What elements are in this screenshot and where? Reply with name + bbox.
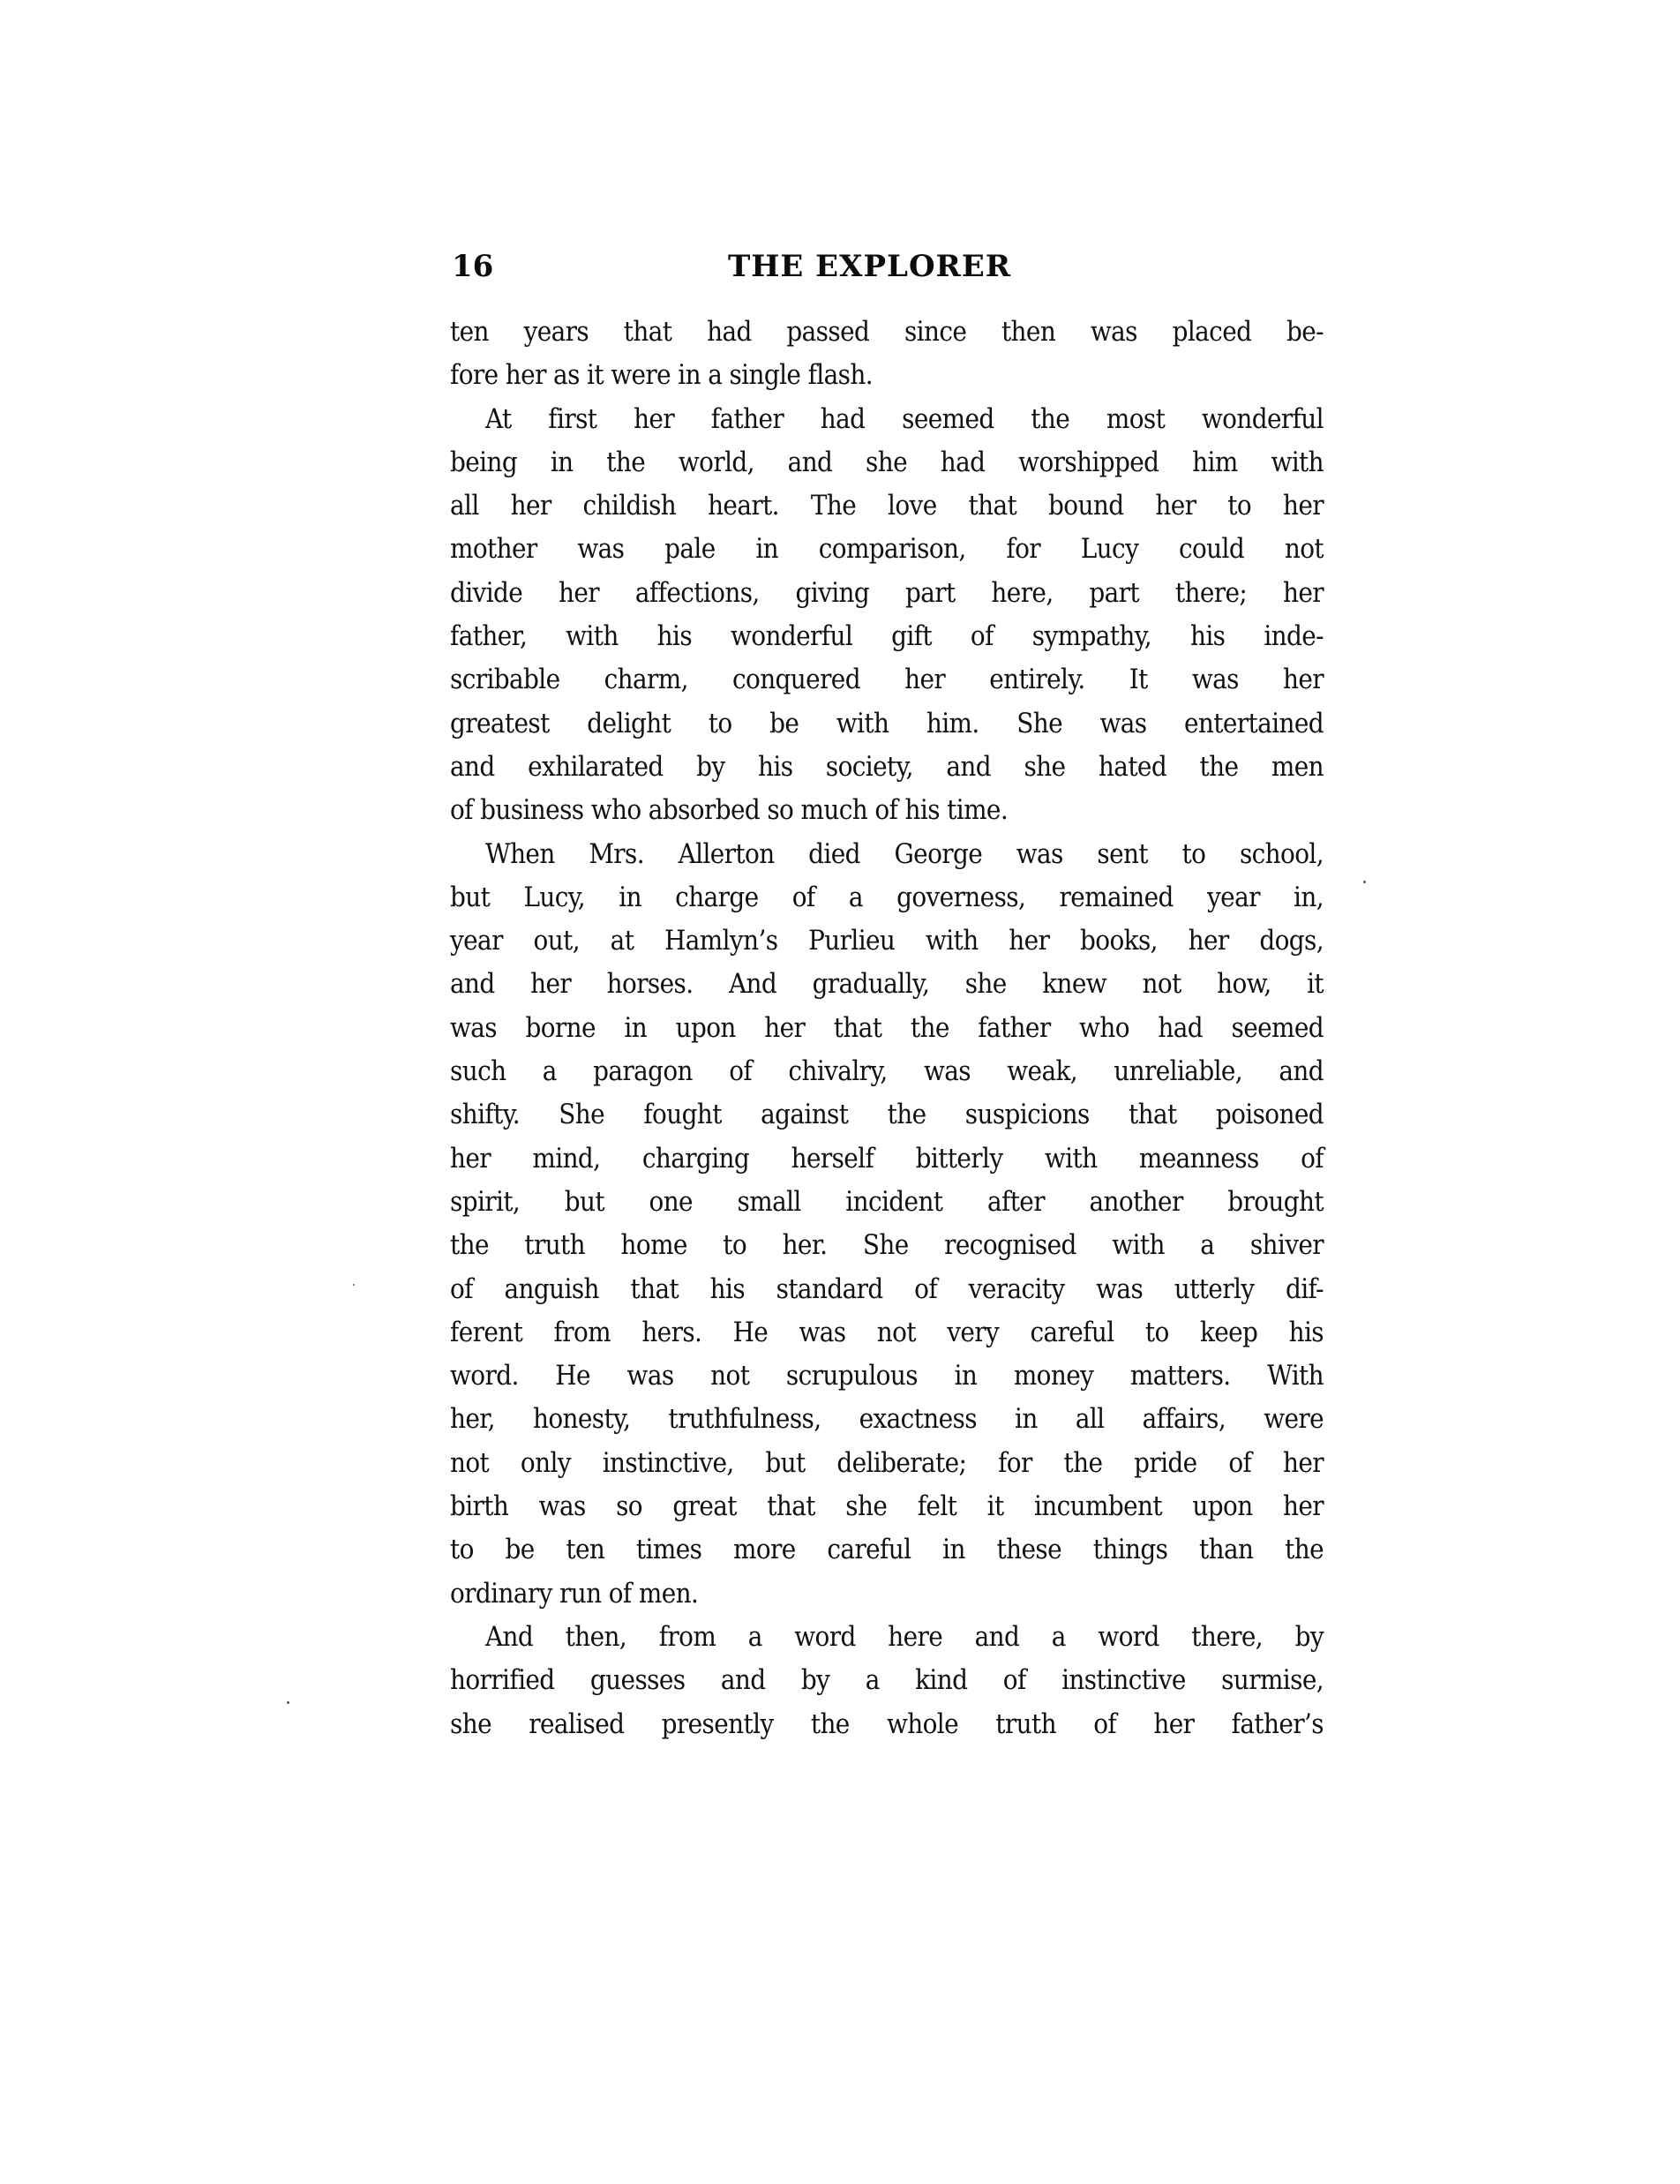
text-line: divide her affections, giving part here,… bbox=[450, 572, 1324, 615]
text-line: And then, from a word here and a word th… bbox=[450, 1616, 1324, 1659]
text-line: to be ten times more careful in these th… bbox=[450, 1528, 1324, 1572]
text-line: father, with his wonderful gift of sympa… bbox=[450, 615, 1324, 658]
text-line: all her childish heart. The love that bo… bbox=[450, 484, 1324, 528]
text-line: shifty. She fought against the suspicion… bbox=[450, 1093, 1324, 1137]
text-line: her mind, charging herself bitterly with… bbox=[450, 1137, 1324, 1181]
text-line: the truth home to her. She recognised wi… bbox=[450, 1224, 1324, 1267]
text-line: spirit, but one small incident after ano… bbox=[450, 1181, 1324, 1224]
text-line: ten years that had passed since then was… bbox=[450, 311, 1324, 354]
text-line: year out, at Hamlyn’s Purlieu with her b… bbox=[450, 919, 1324, 963]
text-line: of business who absorbed so much of his … bbox=[450, 789, 1324, 832]
text-line: birth was so great that she felt it incu… bbox=[450, 1485, 1324, 1528]
running-head: 16 THE EXPLORER bbox=[452, 249, 1323, 293]
text-line: not only instinctive, but deliberate; fo… bbox=[450, 1442, 1324, 1485]
text-line: such a paragon of chivalry, was weak, un… bbox=[450, 1050, 1324, 1093]
text-line: greatest delight to be with him. She was… bbox=[450, 702, 1324, 746]
text-line: fore her as it were in a single flash. bbox=[450, 354, 1324, 397]
text-line: and exhilarated by his society, and she … bbox=[450, 746, 1324, 789]
text-line: ferent from hers. He was not very carefu… bbox=[450, 1311, 1324, 1355]
scan-speck bbox=[1363, 881, 1366, 883]
body-text: ten years that had passed since then was… bbox=[450, 311, 1324, 1746]
book-page: 16 THE EXPLORER ten years that had passe… bbox=[0, 0, 1680, 2184]
scan-speck bbox=[353, 1284, 355, 1286]
text-line: horrified guesses and by a kind of insti… bbox=[450, 1659, 1324, 1702]
text-line: scribable charm, conquered her entirely.… bbox=[450, 658, 1324, 702]
text-line: but Lucy, in charge of a governess, rema… bbox=[450, 876, 1324, 919]
text-line: ordinary run of men. bbox=[450, 1572, 1324, 1616]
running-title: THE EXPLORER bbox=[452, 249, 1323, 284]
text-line: When Mrs. Allerton died George was sent … bbox=[450, 833, 1324, 876]
text-line: of anguish that his standard of veracity… bbox=[450, 1268, 1324, 1311]
text-line: At first her father had seemed the most … bbox=[450, 398, 1324, 441]
text-line: word. He was not scrupulous in money mat… bbox=[450, 1355, 1324, 1398]
text-line: her, honesty, truthfulness, exactness in… bbox=[450, 1398, 1324, 1441]
scan-speck bbox=[287, 1701, 289, 1704]
text-line: she realised presently the whole truth o… bbox=[450, 1703, 1324, 1746]
text-line: mother was pale in comparison, for Lucy … bbox=[450, 528, 1324, 571]
text-line: being in the world, and she had worshipp… bbox=[450, 441, 1324, 484]
text-line: was borne in upon her that the father wh… bbox=[450, 1007, 1324, 1050]
text-line: and her horses. And gradually, she knew … bbox=[450, 963, 1324, 1006]
